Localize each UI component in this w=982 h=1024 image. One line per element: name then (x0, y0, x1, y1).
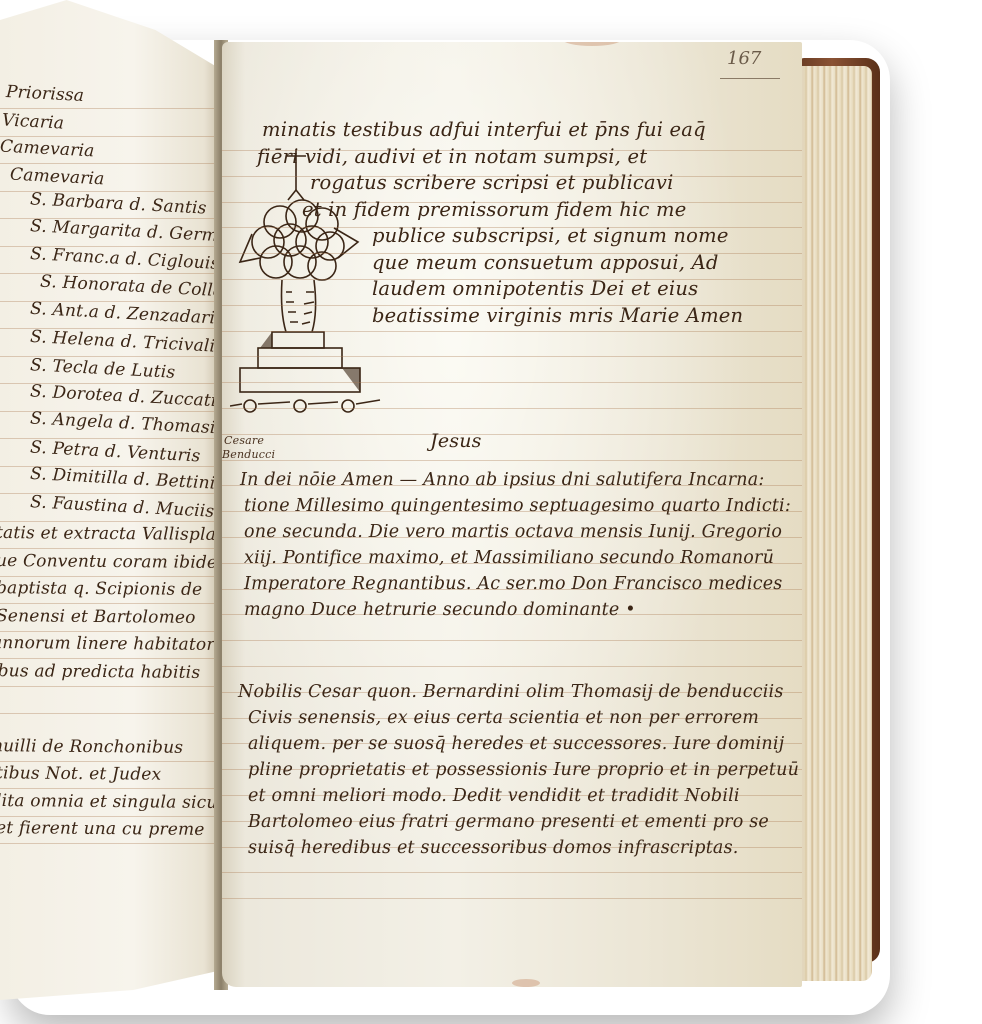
folio-underline (720, 78, 780, 79)
left-page-line: S. Honorata de Collatis (40, 271, 222, 302)
paragraph-line: Imperatore Regnantibus. Ac ser.mo Don Fr… (244, 574, 782, 594)
left-page-line: Vicaria (2, 110, 65, 133)
ruled-line (0, 788, 222, 789)
ruled-line (0, 843, 222, 844)
paragraph-line: Nobilis Cesar quon. Bernardini olim Thom… (238, 682, 784, 702)
ruled-line (222, 640, 802, 641)
ruled-line (0, 136, 222, 137)
left-page-line: S. Helena d. Tricivalis (30, 326, 222, 356)
ruled-line (0, 686, 222, 687)
top-block-line: fiēri vidi, audivi et in notam sumpsi, … (257, 145, 647, 168)
paragraph-line: xiij. Pontifice maximo, et Massimiliano … (244, 548, 774, 568)
ruled-line (222, 356, 802, 357)
folio-number: 167 (727, 48, 761, 69)
left-page-line: nuilli de Ronchonibus (0, 736, 183, 758)
left-page-line: S. Angela d. Thomasinis (30, 408, 222, 439)
margin-note-line: Cesare (224, 434, 264, 447)
right-page: 167 minatis testibus (222, 42, 802, 987)
paragraph-line: tione Millesimo quingentesimo septuagesi… (244, 496, 791, 516)
margin-note-line: Benducci (222, 448, 275, 461)
top-block-line: et in fidem premissorum fidem hic me (302, 198, 686, 221)
left-page-line: ue Conventu coram ibidem (0, 550, 222, 572)
ruled-line (0, 713, 222, 714)
ruled-line (222, 382, 802, 383)
top-block-line: rogatus scribere scripsi et publicavi (310, 171, 674, 194)
paper-stain (562, 42, 622, 46)
ruled-line (222, 408, 802, 409)
ruled-line (0, 603, 222, 604)
left-page-line: annorum linere habitatore (0, 633, 222, 655)
ruled-line (0, 576, 222, 577)
left-page-line: S. Margarita d. Germanis (30, 216, 222, 248)
paragraph-line: et omni meliori modo. Dedit vendidit et … (248, 786, 740, 806)
paragraph-line: Bartolomeo eius fratri germano presenti … (248, 812, 769, 832)
left-page-line: Camevaria (0, 137, 95, 162)
top-block-line: laudem omnipotentis Dei et eius (372, 277, 698, 300)
ruled-line (222, 666, 802, 667)
top-block-line: beatissime virginis mris Marie Amen (372, 304, 743, 327)
left-page-line: S. Franc.a d. Ciglouis (30, 244, 220, 274)
left-page-line: S. Tecla de Lutis (30, 355, 176, 383)
section-heading: Jesus (430, 430, 482, 452)
ruled-line (0, 273, 222, 274)
left-page-line: tatis et extracta Vallisplatt (0, 523, 222, 545)
ruled-line (0, 761, 222, 762)
paragraph-line: pline proprietatis et possessionis Iure … (248, 760, 799, 780)
top-block-line: publice subscripsi, et signum nome (372, 224, 729, 247)
ruled-line (222, 331, 802, 332)
left-page-line: lita omnia et singula sicut (0, 791, 222, 813)
paragraph-line: In dei nōie Amen — Anno ab ipsius dni s… (240, 470, 764, 490)
ruled-line (0, 816, 222, 817)
paragraph-line: one secunda. Die vero martis octava mens… (244, 522, 782, 542)
left-page-line: S. Dimitilla d. Bettinis (30, 464, 222, 494)
left-page-line: S. Ant.a d. Zenzadariis (30, 299, 222, 329)
ruled-line (0, 108, 222, 109)
left-page-line: Priorissa (6, 82, 85, 106)
paragraph-line: magno Duce hetrurie secundo dominante • (244, 600, 636, 620)
ruled-line (0, 631, 222, 632)
top-block-line: que meum consuetum apposui, Ad (372, 251, 719, 274)
ruled-line (0, 163, 222, 164)
paragraph-line: Civis senensis, ex eius certa scientia e… (248, 708, 759, 728)
ruled-line (222, 872, 802, 873)
paper-stain (512, 979, 540, 987)
ruled-line (0, 548, 222, 549)
left-page-line: et fierent una cu preme (0, 818, 205, 840)
left-page-line: S. Barbara d. Santis (30, 189, 208, 218)
left-page-line: Camevaria (10, 164, 105, 189)
top-block-line: minatis testibus adfui interfui et p̄ns … (262, 118, 706, 141)
left-page-line: S. Petra d. Venturis (30, 437, 201, 466)
manuscript-scene: PriorissaVicariaCamevariaCamevariaS. Bar… (0, 0, 982, 1024)
paragraph-line: suisq̄ heredibus et successoribus domos … (248, 838, 739, 858)
left-page-line: Senensi et Bartolomeo (0, 606, 196, 628)
ruled-line (0, 658, 222, 659)
ruled-line (0, 521, 222, 522)
ruled-line (222, 460, 802, 461)
left-page-line: S. Dorotea d. Zuccatinis (30, 381, 222, 412)
fore-edge-page-stack (790, 66, 872, 981)
left-page-line: tibus Not. et Judex (0, 763, 161, 784)
left-page-line: baptista q. Scipionis de (0, 578, 202, 600)
ruled-line (222, 898, 802, 899)
left-page-line: ibus ad predicta habitis (0, 661, 200, 683)
left-page: PriorissaVicariaCamevariaCamevariaS. Bar… (0, 0, 222, 1000)
ruled-line (222, 434, 802, 435)
left-page-line: S. Faustina d. Muciis (30, 492, 215, 522)
paragraph-line: aliquem. per se suosq̄ heredes et succes… (248, 734, 784, 754)
